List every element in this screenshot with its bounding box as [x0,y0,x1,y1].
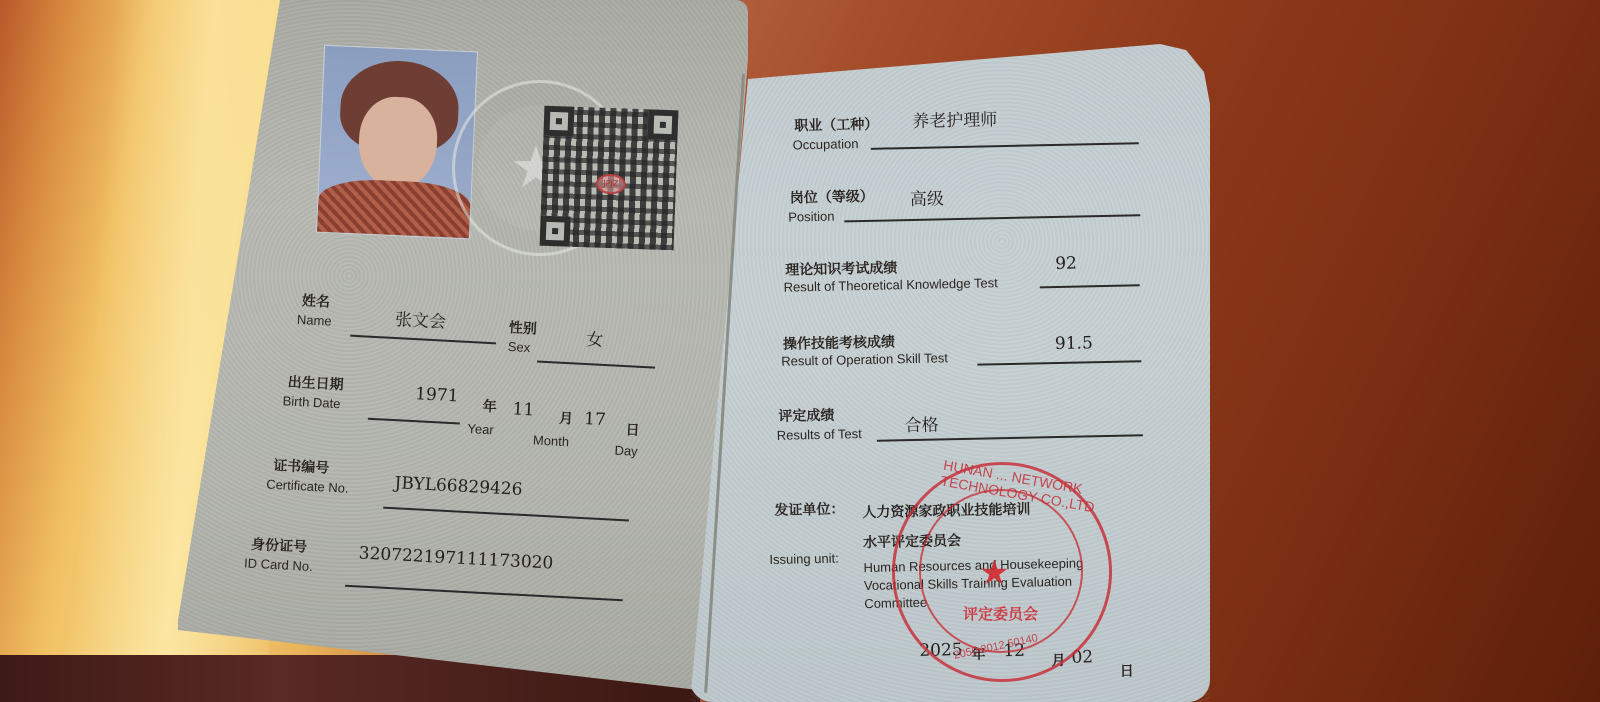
sex-label-cn: 性别 [508,317,537,338]
issuing-label-cn: 发证单位： [774,498,844,519]
theory-score-value: 92 [1055,254,1077,274]
year-cn: 年 [482,396,497,417]
day-cn: 日 [625,419,640,440]
skill-score-label-cn: 操作技能考核成绩 [783,331,895,353]
qr-code[interactable]: JPJZ [540,106,679,251]
name-label-en: Name [297,312,332,329]
day-en: Day [614,443,638,459]
qr-badge: JPJZ [595,174,626,195]
skill-score-value: 91.5 [1055,333,1093,354]
occupation-label-en: Occupation [793,136,859,152]
birth-year-value: 1971 [415,384,459,406]
result-value: 合格 [904,410,939,436]
birth-date-label-cn: 出生日期 [287,371,344,394]
seal-inner-text: 评定委员会 [963,603,1038,624]
issuing-label-en: Issuing unit: [769,551,839,567]
position-value: 高级 [910,184,945,210]
position-label-en: Position [788,209,835,225]
result-label-cn: 评定成绩 [778,405,834,426]
year-en: Year [467,421,494,437]
birth-month-value: 11 [512,399,535,420]
name-value: 张文会 [395,305,447,333]
issue-day-cn: 日 [1120,660,1134,680]
certificate-no-label-cn: 证书编号 [273,455,330,478]
sex-label-en: Sex [507,339,530,355]
occupation-value: 养老护理师 [912,105,998,132]
position-label-cn: 岗位（等级） [790,186,874,208]
result-label-en: Results of Test [777,426,862,443]
occupation-label-cn: 职业（工种） [794,114,878,136]
theory-score-label-cn: 理论知识考试成绩 [785,257,897,279]
birth-date-label-en: Birth Date [282,393,341,411]
name-label-cn: 姓名 [301,290,330,311]
official-red-seal: HUNAN ... NETWORK TECHNOLOGY CO.,LTD ★ 评… [892,462,1112,682]
month-en: Month [533,432,570,449]
id-card-label-cn: 身份证号 [251,534,308,557]
sex-value: 女 [586,325,604,351]
star-icon: ★ [979,553,1009,593]
birth-day-value: 17 [584,409,607,430]
month-cn: 月 [559,408,574,429]
portrait-photo [316,45,478,240]
